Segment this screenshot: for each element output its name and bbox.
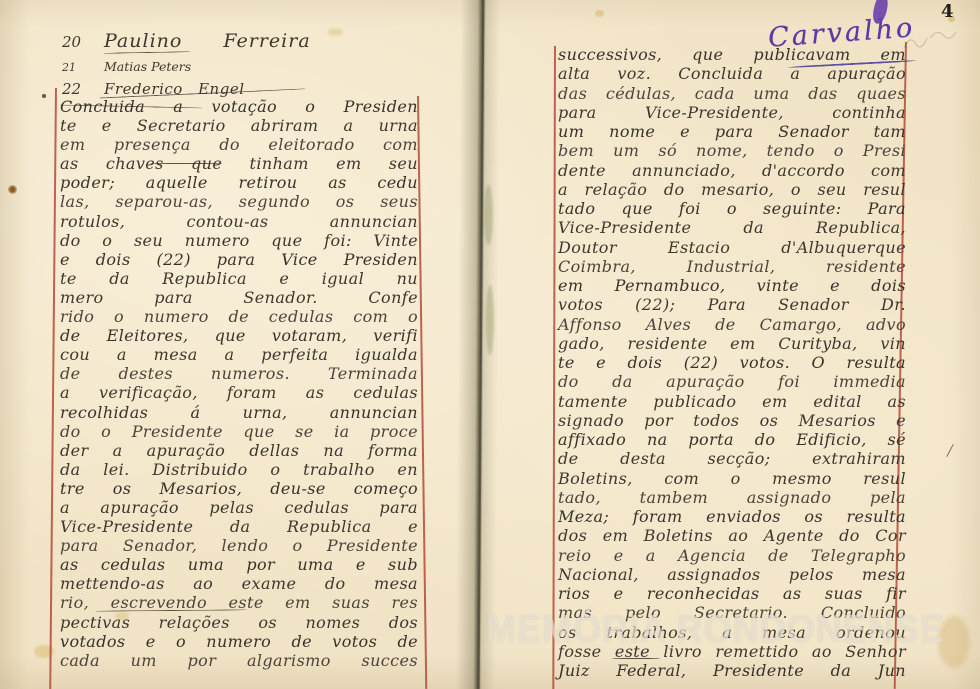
handwritten-line: recolhidas á urna, annuncian [60, 403, 418, 422]
handwritten-line: Nacional, assignados pelos mesa [558, 565, 906, 584]
handwritten-line: te e Secretario abriram a urna [60, 116, 418, 135]
register-entry: 22 Frederico Engel [62, 80, 392, 98]
handwritten-line: a verificação, foram as cedulas [60, 383, 418, 402]
page-number: 4 [941, 1, 954, 22]
handwritten-line: rotulos, contou-as annuncian [60, 212, 418, 231]
handwritten-line: alta voz. Concluida a apuração [558, 64, 906, 83]
handwritten-line: mero para Senador. Confe [60, 288, 418, 307]
handwritten-line: para Vice-Presidente, continha [558, 103, 906, 122]
register-entry-name: Matias Peters [104, 59, 191, 74]
handwritten-line: rido o numero de cedulas com o [60, 307, 418, 326]
handwritten-line: para Senador, lendo o Presidente [60, 536, 418, 555]
handwritten-line: rio, escrevendo este em suas res [60, 593, 418, 612]
register-entry: 20 Paulino Ferreira [62, 30, 392, 59]
stain [42, 94, 46, 98]
handwritten-line: Meza; foram enviados os resulta [558, 507, 906, 526]
handwritten-line: affixado na porta do Edificio, sé [558, 430, 906, 449]
stain [486, 285, 494, 355]
handwritten-line: tre os Mesarios, deu-se começo [60, 479, 418, 498]
register-entry-number: 21 [62, 61, 104, 74]
handwritten-line: cou a mesa a perfeita igualda [60, 345, 418, 364]
handwritten-line: te e dois (22) votos. O resulta [558, 353, 906, 372]
right-page-text: successivos, que publicavam emalta voz. … [558, 45, 906, 680]
handwritten-line: pectivas relações os nomes dos [60, 613, 418, 632]
handwritten-line: as cedulas uma por uma e sub [60, 555, 418, 574]
handwritten-line: mettendo-as ao exame do mesa [60, 574, 418, 593]
register-entry-number: 22 [62, 80, 104, 98]
handwritten-line: te da Republica e igual nu [60, 269, 418, 288]
register-entry-name: Frederico Engel [104, 80, 245, 98]
handwritten-line: tado que foi o seguinte: Para [558, 199, 906, 218]
handwritten-line: Boletins, com o mesmo resul [558, 469, 906, 488]
manuscript-scan: 20 Paulino Ferreira 21 Matias Peters 22 … [0, 0, 980, 689]
handwritten-line: Vice-Presidente da Republica e [60, 517, 418, 536]
handwritten-line: dos em Boletins ao Agente do Cor [558, 526, 906, 545]
handwritten-line: Affonso Alves de Camargo, advo [558, 315, 906, 334]
left-page-text: Concluida a votação o Presidente e Secre… [60, 97, 418, 670]
handwritten-line: e dois (22) para Vice Presiden [60, 250, 418, 269]
handwritten-line: gado, residente em Curityba, vin [558, 334, 906, 353]
handwritten-line: a relação do mesario, o seu resul [558, 180, 906, 199]
handwritten-line: poder; aquelle retirou as cedu [60, 173, 418, 192]
handwritten-line: Coimbra, Industrial, residente [558, 257, 906, 276]
handwritten-line: dente annunciado, d'accordo com [558, 161, 906, 180]
handwritten-line: Doutor Estacio d'Albuquerque [558, 238, 906, 257]
handwritten-line: votos (22); Para Senador Dr. [558, 295, 906, 314]
handwritten-line: signado por todos os Mesarios e [558, 411, 906, 430]
handwritten-line: rios e reconhecidas as suas fir [558, 584, 906, 603]
handwritten-line: um nome e para Senador tam [558, 122, 906, 141]
handwritten-line: em presença do eleitorado com [60, 135, 418, 154]
handwritten-line: a apuração pelas cedulas para [60, 498, 418, 517]
register-entry-name: Paulino Ferreira [104, 30, 311, 52]
handwritten-line: votados e o numero de votos de [60, 632, 418, 651]
voter-register-entries: 20 Paulino Ferreira 21 Matias Peters 22 … [62, 30, 392, 98]
handwritten-line: las, separou-as, segundo os seus [60, 192, 418, 211]
handwritten-line: Concluida a votação o Presiden [60, 97, 418, 116]
register-entry: 21 Matias Peters [62, 59, 392, 80]
archive-watermark: MEMÓRIA RONDONENSE [486, 606, 938, 656]
stain [8, 185, 17, 194]
register-entry-number: 20 [62, 33, 104, 51]
handwritten-line: da lei. Distribuido o trabalho en [60, 460, 418, 479]
left-page-right-margin-rule [417, 96, 427, 689]
handwritten-line: do da apuração foi immedia [558, 372, 906, 391]
handwritten-line: as chaves que tinham em seu [60, 154, 418, 173]
handwritten-line: de desta secção; extrahiram [558, 449, 906, 468]
handwritten-line: em Pernambuco, vinte e dois [558, 276, 906, 295]
stain [484, 185, 493, 245]
handwritten-line: tamente publicado em edital as [558, 392, 906, 411]
handwritten-line: de Eleitores, que votaram, verifi [60, 326, 418, 345]
handwritten-line: Vice-Presidente da Republica, [558, 218, 906, 237]
fold-mark [946, 444, 953, 457]
handwritten-line: der a apuração dellas na forma [60, 441, 418, 460]
handwritten-line: do o Presidente que se ia proce [60, 422, 418, 441]
stain [595, 10, 604, 17]
handwritten-line: cada um por algarismo succes [60, 651, 418, 670]
handwritten-line: do o seu numero que foi: Vinte [60, 231, 418, 250]
handwritten-line: das cédulas, cada uma das quaes [558, 84, 906, 103]
left-page-left-margin-rule [49, 88, 57, 689]
handwritten-line: reio e a Agencia de Telegrapho [558, 546, 906, 565]
handwritten-line: tado, tambem assignado pela [558, 488, 906, 507]
right-page-left-margin-rule [552, 46, 556, 689]
pencil-scribble [900, 18, 970, 58]
handwritten-line: successivos, que publicavam em [558, 45, 906, 64]
handwritten-line: de destes numeros. Terminada [60, 364, 418, 383]
handwritten-line: bem um só nome, tendo o Presi [558, 141, 906, 160]
handwritten-line: Juiz Federal, Presidente da Jun [558, 661, 906, 680]
